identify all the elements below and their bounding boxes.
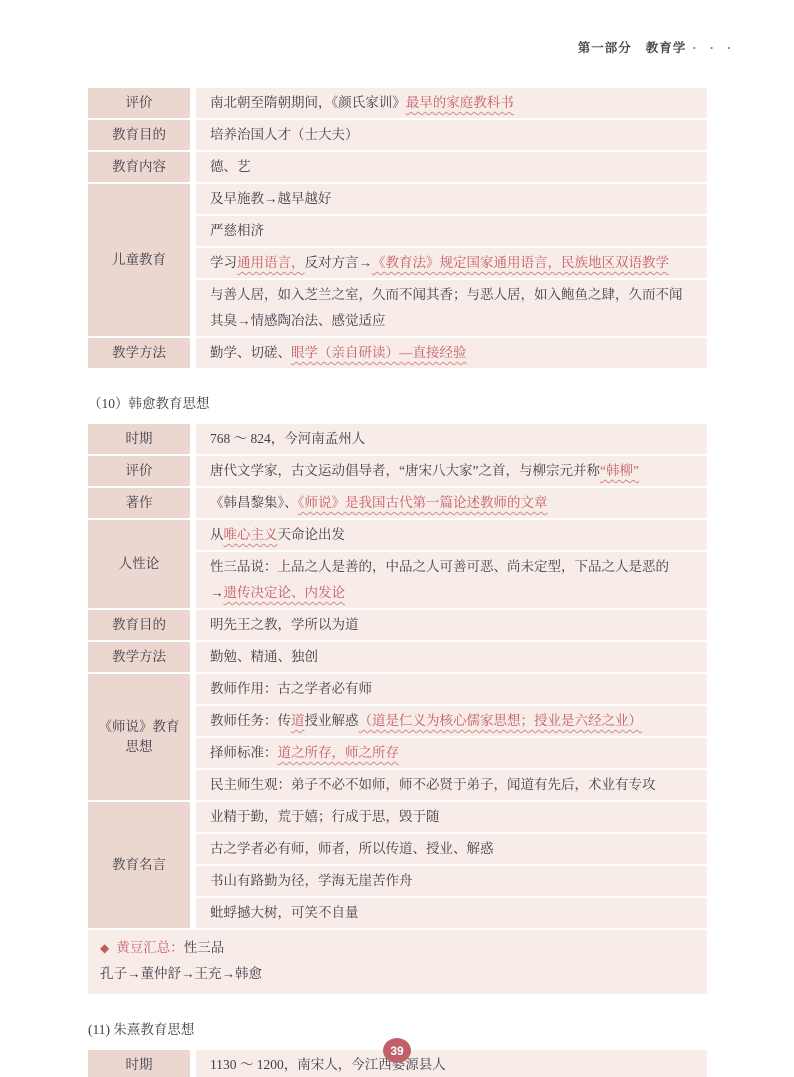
highlighted-text: 《教育法》规定国家通用语言，民族地区双语教学 [372, 255, 669, 270]
text-segment: 南北朝至隋朝期间，《颜氏家训》 [210, 95, 406, 110]
row-cell: 1130 ～ 1200，南宋人，今江西婺源县人 [196, 1050, 707, 1077]
text-segment: 勤学、切磋、 [210, 345, 291, 360]
text-segment: 培养治国人才（士大夫） [210, 127, 359, 142]
row-cells: 1130 ～ 1200，南宋人，今江西婺源县人 [196, 1050, 707, 1077]
text-segment: 业精于勤，荒于嬉；行成于思，毁于随 [210, 809, 440, 824]
row-cell: 性三品说：上品之人是善的，中品之人可善可恶、尚未定型，下品之人是恶的→遗传决定论… [196, 552, 707, 608]
table-row: 时期768 ～ 824，今河南孟州人 [88, 424, 707, 454]
table-row: 《师说》教育思想教师作用：古之学者必有师教师任务：传道授业解惑（道是仁义为核心儒… [88, 674, 707, 800]
text-segment: 及早施教→越早越好 [210, 191, 332, 206]
text-segment: 明先王之教，学所以为道 [210, 617, 359, 632]
text-segment: → [210, 585, 224, 600]
table-row: 教学方法勤勉、精通、独创 [88, 642, 707, 672]
text-segment: 书山有路勤为径，学海无崖苦作舟 [210, 873, 413, 888]
table-row: 儿童教育及早施教→越早越好严慈相济学习通用语言，反对方言→《教育法》规定国家通用… [88, 184, 707, 336]
row-label: 儿童教育 [88, 184, 190, 336]
row-cells: 唐代文学家，古文运动倡导者，“唐宋八大家”之首，与柳宗元并称“韩柳” [196, 456, 707, 486]
row-cell: 勤学、切磋、眼学（亲自研读）—直接经验 [196, 338, 707, 368]
row-label: 人性论 [88, 520, 190, 608]
row-label: 评价 [88, 456, 190, 486]
row-cell: 业精于勤，荒于嬉；行成于思，毁于随 [196, 802, 707, 832]
highlighted-text: 遗传决定论、内发论 [224, 585, 346, 600]
row-label: 著作 [88, 488, 190, 518]
row-label: 时期 [88, 1050, 190, 1077]
table-row: 教学方法勤学、切磋、眼学（亲自研读）—直接经验 [88, 338, 707, 368]
row-cells: 教师作用：古之学者必有师教师任务：传道授业解惑（道是仁义为核心儒家思想；授业是六… [196, 674, 707, 800]
text-segment: 学习 [210, 255, 237, 270]
row-cell: 学习通用语言，反对方言→《教育法》规定国家通用语言，民族地区双语教学 [196, 248, 707, 278]
summary-note-sequence: 孔子→董仲舒→王充→韩愈 [100, 961, 693, 987]
text-segment: 教师任务：传 [210, 713, 291, 728]
table-row: 教育目的明先王之教，学所以为道 [88, 610, 707, 640]
row-cell: 768 ～ 824，今河南孟州人 [196, 424, 707, 454]
header-subject-label: 教育学 [646, 41, 687, 55]
row-cells: 德、艺 [196, 152, 707, 182]
text-segment: 768 ～ 824，今河南孟州人 [210, 431, 365, 446]
row-cells: 768 ～ 824，今河南孟州人 [196, 424, 707, 454]
text-segment: 与善人居，如入芝兰之室，久而不闻其香；与恶人居，如入鲍鱼之肆，久而不闻其臭→情感… [210, 287, 683, 328]
highlighted-text: 通用语言， [237, 255, 305, 270]
row-cells: 明先王之教，学所以为道 [196, 610, 707, 640]
row-cell: 教师任务：传道授业解惑（道是仁义为核心儒家思想；授业是六经之业） [196, 706, 707, 736]
row-cell: 《韩昌黎集》、《师说》是我国古代第一篇论述教师的文章 [196, 488, 707, 518]
row-cells: 勤学、切磋、眼学（亲自研读）—直接经验 [196, 338, 707, 368]
text-segment: 唐代文学家，古文运动倡导者，“唐宋八大家”之首，与柳宗元并称 [210, 463, 600, 478]
table-row: 著作《韩昌黎集》、《师说》是我国古代第一篇论述教师的文章 [88, 488, 707, 518]
highlighted-text: （道是仁义为核心儒家思想；授业是六经之业） [359, 713, 643, 728]
table-row: 教育名言业精于勤，荒于嬉；行成于思，毁于随古之学者必有师，师者，所以传道、授业、… [88, 802, 707, 928]
row-cell: 与善人居，如入芝兰之室，久而不闻其香；与恶人居，如入鲍鱼之肆，久而不闻其臭→情感… [196, 280, 707, 336]
row-cells: 《韩昌黎集》、《师说》是我国古代第一篇论述教师的文章 [196, 488, 707, 518]
text-segment: 性三品说：上品之人是善的，中品之人可善可恶、尚未定型，下品之人是恶的 [210, 559, 669, 574]
text-segment: 勤勉、精通、独创 [210, 649, 318, 664]
row-cell: 南北朝至隋朝期间，《颜氏家训》最早的家庭教科书 [196, 88, 707, 118]
text-segment: 蚍蜉撼大树，可笑不自量 [210, 905, 359, 920]
summary-note: ◆黄豆汇总：性三品孔子→董仲舒→王充→韩愈 [88, 930, 707, 994]
row-cells: 从唯心主义天命论出发性三品说：上品之人是善的，中品之人可善可恶、尚未定型，下品之… [196, 520, 707, 608]
row-cell: 严慈相济 [196, 216, 707, 246]
row-label: 教育目的 [88, 610, 190, 640]
row-cell: 从唯心主义天命论出发 [196, 520, 707, 550]
highlighted-text: 最早的家庭教科书 [406, 95, 514, 110]
highlighted-text: 道之所存，师之所存 [278, 745, 400, 760]
content-area: 评价南北朝至隋朝期间，《颜氏家训》最早的家庭教科书教育目的培养治国人才（士大夫）… [88, 88, 707, 1077]
section-heading: （10）韩愈教育思想 [88, 392, 707, 412]
row-label: 教学方法 [88, 338, 190, 368]
text-segment: 古之学者必有师，师者，所以传道、授业、解惑 [210, 841, 494, 856]
table-row: 教育目的培养治国人才（士大夫） [88, 120, 707, 150]
text-segment: 授业解惑 [305, 713, 359, 728]
text-segment: 从 [210, 527, 224, 542]
page-header: 第一部分教育学· · · [578, 38, 736, 56]
highlighted-text: 《师说》是我国古代第一篇论述教师的文章 [298, 495, 548, 510]
header-part-label: 第一部分 [578, 41, 632, 55]
table-row: 评价南北朝至隋朝期间，《颜氏家训》最早的家庭教科书 [88, 88, 707, 118]
text-segment: 民主师生观：弟子不必不如师，师不必贤于弟子，闻道有先后，术业有专攻 [210, 777, 656, 792]
text-segment: 德、艺 [210, 159, 251, 174]
header-dots-icon: · · · [692, 41, 736, 55]
highlighted-text: “韩柳” [600, 463, 639, 478]
row-cell: 古之学者必有师，师者，所以传道、授业、解惑 [196, 834, 707, 864]
highlighted-text: 道 [291, 713, 305, 728]
row-cell: 书山有路勤为径，学海无崖苦作舟 [196, 866, 707, 896]
diamond-icon: ◆ [100, 941, 109, 955]
row-cell: 德、艺 [196, 152, 707, 182]
row-cell: 勤勉、精通、独创 [196, 642, 707, 672]
table-row: 人性论从唯心主义天命论出发性三品说：上品之人是善的，中品之人可善可恶、尚未定型，… [88, 520, 707, 608]
text-segment: 《韩昌黎集》、 [210, 495, 298, 510]
row-label: 时期 [88, 424, 190, 454]
highlighted-text: 眼学（亲自研读）—直接经验 [291, 345, 467, 360]
row-cell: 及早施教→越早越好 [196, 184, 707, 214]
row-cells: 培养治国人才（士大夫） [196, 120, 707, 150]
data-table: 评价南北朝至隋朝期间，《颜氏家训》最早的家庭教科书教育目的培养治国人才（士大夫）… [88, 88, 707, 368]
summary-note-title-line: ◆黄豆汇总：性三品 [100, 935, 693, 961]
text-segment: 1130 ～ 1200，南宋人，今江西婺源县人 [210, 1057, 446, 1072]
row-label: 评价 [88, 88, 190, 118]
text-segment: 天命论出发 [278, 527, 346, 542]
summary-note-title: 黄豆汇总： [116, 940, 184, 955]
text-segment: 反对方言→ [305, 255, 373, 270]
text-segment: 严慈相济 [210, 223, 264, 238]
row-label: 教学方法 [88, 642, 190, 672]
summary-note-body: 性三品 [184, 940, 225, 955]
row-cell: 培养治国人才（士大夫） [196, 120, 707, 150]
text-segment: 教师作用：古之学者必有师 [210, 681, 372, 696]
page-number-badge: 39 [383, 1038, 411, 1063]
table-row: 教育内容德、艺 [88, 152, 707, 182]
data-table: 时期768 ～ 824，今河南孟州人评价唐代文学家，古文运动倡导者，“唐宋八大家… [88, 424, 707, 928]
section-heading: (11) 朱熹教育思想 [88, 1018, 707, 1038]
highlighted-text: 唯心主义 [224, 527, 278, 542]
table-row: 评价唐代文学家，古文运动倡导者，“唐宋八大家”之首，与柳宗元并称“韩柳” [88, 456, 707, 486]
row-cells: 及早施教→越早越好严慈相济学习通用语言，反对方言→《教育法》规定国家通用语言，民… [196, 184, 707, 336]
row-label: 教育内容 [88, 152, 190, 182]
row-label: 教育目的 [88, 120, 190, 150]
text-segment: 择师标准： [210, 745, 278, 760]
row-cells: 南北朝至隋朝期间，《颜氏家训》最早的家庭教科书 [196, 88, 707, 118]
row-cells: 业精于勤，荒于嬉；行成于思，毁于随古之学者必有师，师者，所以传道、授业、解惑书山… [196, 802, 707, 928]
row-label: 《师说》教育思想 [88, 674, 190, 800]
row-cell: 择师标准：道之所存，师之所存 [196, 738, 707, 768]
row-label: 教育名言 [88, 802, 190, 928]
row-cell: 蚍蜉撼大树，可笑不自量 [196, 898, 707, 928]
row-cells: 勤勉、精通、独创 [196, 642, 707, 672]
row-cell: 唐代文学家，古文运动倡导者，“唐宋八大家”之首，与柳宗元并称“韩柳” [196, 456, 707, 486]
row-cell: 民主师生观：弟子不必不如师，师不必贤于弟子，闻道有先后，术业有专攻 [196, 770, 707, 800]
row-cell: 明先王之教，学所以为道 [196, 610, 707, 640]
row-cell: 教师作用：古之学者必有师 [196, 674, 707, 704]
